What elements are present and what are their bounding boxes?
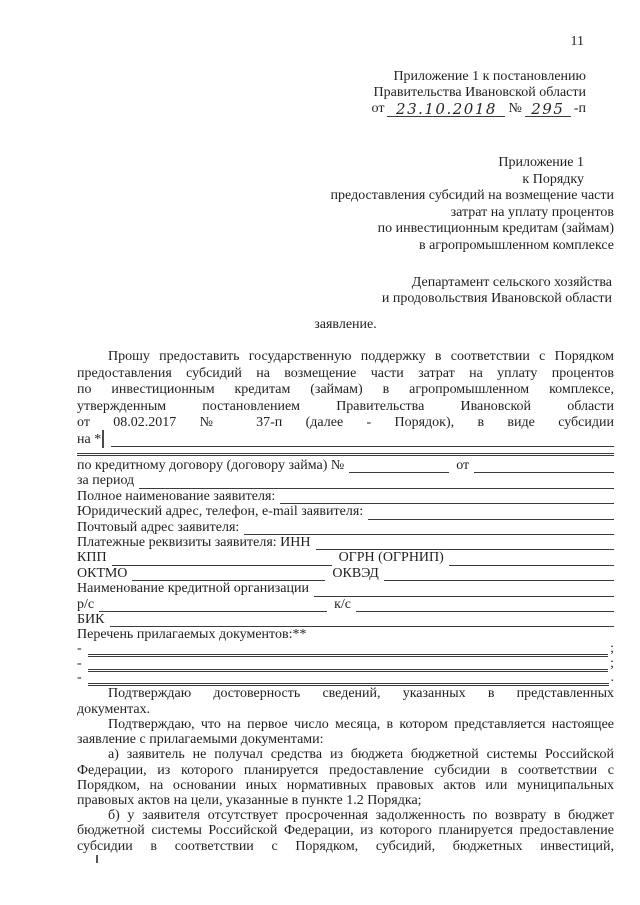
item-a-line1: а) заявитель не получал средства из бюдж… — [77, 747, 614, 762]
kpp-label: КПП — [77, 550, 107, 565]
item-punctuation: ; — [610, 641, 614, 657]
appendix-ref-line1: Приложение 1 к постановлению — [77, 69, 586, 85]
handwritten-number: 295 — [531, 100, 564, 118]
postal-address-blank — [244, 522, 614, 535]
credit-number-blank — [349, 460, 449, 473]
form-row-bank: Наименование кредитной организации — [77, 581, 614, 596]
full-name-blank — [280, 491, 614, 504]
form-row-inn: Платежные реквизиты заявителя: ИНН — [77, 535, 614, 550]
item-punctuation: ; — [610, 656, 614, 672]
handwritten-date: 23.10.2018 — [396, 100, 497, 118]
addressee-block: Департамент сельского хозяйства и продов… — [77, 275, 614, 306]
appendix-title-line4: затрат на уплату процентов — [77, 205, 614, 222]
document-title: заявление. — [77, 317, 614, 333]
request-paragraph: Прошу предоставить государственную подде… — [77, 349, 614, 456]
oktmo-label: ОКТМО — [77, 566, 127, 581]
appendix-title-block: Приложение 1 к Порядку предоставления су… — [77, 155, 614, 254]
confirm2-line1: Подтверждаю, что на первое число месяца,… — [77, 717, 614, 732]
oktmo-blank — [132, 568, 325, 581]
request-line2: предоставления субсидий на возмещение ча… — [77, 366, 614, 383]
credit-date-blank — [474, 460, 614, 473]
from-label: от — [372, 101, 385, 116]
bank-blank — [314, 584, 614, 597]
request-line3: по инвестиционным кредитам (займам) в аг… — [77, 382, 614, 399]
item-b-line3: субсидии в соответствии с Порядком, субс… — [77, 839, 614, 854]
scan-cursor-artifact — [96, 855, 98, 863]
form-row-accounts: р/с к/с — [77, 597, 614, 612]
request-line1: Прошу предоставить государственную подде… — [77, 349, 614, 366]
rs-label: р/с — [77, 597, 94, 612]
confirm1-line1: Подтверждаю достоверность сведений, указ… — [77, 686, 614, 701]
form-row-bik: БИК — [77, 612, 614, 627]
ogrn-blank — [449, 553, 614, 566]
appendix-title-line5: по инвестиционным кредитам (займам) — [77, 221, 614, 238]
inn-label: Платежные реквизиты заявителя: ИНН — [77, 535, 311, 550]
confirmation-paragraphs: Подтверждаю достоверность сведений, указ… — [77, 686, 614, 862]
bik-blank — [110, 614, 615, 627]
number-blank: 295 — [525, 101, 571, 117]
request-line5: от 08.02.2017 № 37-п (далее - Порядок), … — [77, 415, 614, 432]
form-row-period: за период — [77, 473, 614, 488]
subsidy-purpose-blank-line2 — [77, 451, 614, 456]
dash-marker: - — [77, 656, 82, 672]
number-sign: № — [508, 101, 521, 116]
confirm1-line2: документах. — [77, 702, 614, 717]
form-row-full-name: Полное наименование заявителя: — [77, 489, 614, 504]
appendix-ref-line2: Правительства Ивановской области — [77, 85, 586, 101]
appendix-title-line2: к Порядку — [77, 172, 614, 189]
form-row-oktmo-okved: ОКТМО ОКВЭД — [77, 566, 614, 581]
period-label: за период — [77, 473, 134, 488]
attached-doc-item: - . — [77, 672, 614, 687]
item-punctuation: . — [611, 670, 615, 686]
scanned-document-page: 11 Приложение 1 к постановлению Правител… — [0, 0, 640, 863]
form-fields: по кредитному договору (договору займа) … — [77, 458, 614, 686]
attached-doc-blank — [88, 659, 608, 672]
na-label: на * — [77, 432, 101, 449]
subsidy-purpose-blank — [111, 434, 614, 447]
item-a-line3: Порядком, на основании иных нормативных … — [77, 778, 614, 793]
rs-blank — [99, 599, 327, 612]
request-line4: утвержденным постановлением Правительств… — [77, 399, 614, 416]
confirm2-line2: заявление с прилагаемыми документами: — [77, 732, 614, 747]
attached-doc-item: - ; — [77, 643, 614, 658]
appendix-title-line6: в агропромышленном комплексе — [77, 238, 614, 255]
period-blank — [139, 476, 614, 489]
item-a-line4: правовых актов на цели, указанные в пунк… — [77, 793, 614, 808]
item-b-line1: б) у заявителя отсутствует просроченная … — [77, 808, 614, 823]
appendix-title-line3: предоставления субсидий на возмещение ча… — [77, 188, 614, 205]
ks-label: к/с — [334, 597, 351, 612]
dash-marker: - — [77, 641, 82, 657]
legal-address-label: Юридический адрес, телефон, e-mail заяви… — [77, 504, 363, 519]
form-row-kpp-ogrn: КПП ОГРН (ОГРНИП) — [77, 550, 614, 565]
dash-marker: - — [77, 670, 82, 686]
scan-cursor-artifact — [102, 430, 104, 448]
bank-label: Наименование кредитной организации — [77, 581, 309, 596]
appendix-ref-date-line: от23.10.2018№295-п — [77, 101, 586, 117]
inn-blank — [316, 537, 615, 550]
subsidy-purpose-row: на * — [77, 432, 614, 449]
form-row-postal-address: Почтовый адрес заявителя: — [77, 520, 614, 535]
okved-label: ОКВЭД — [332, 566, 378, 581]
number-suffix: -п — [574, 101, 586, 116]
attached-doc-blank — [88, 673, 609, 686]
postal-address-label: Почтовый адрес заявителя: — [77, 520, 239, 535]
form-row-credit-agreement: по кредитному договору (договору займа) … — [77, 458, 614, 473]
appendix-title-line1: Приложение 1 — [77, 155, 614, 172]
attached-docs-header: Перечень прилагаемых документов:** — [77, 627, 614, 642]
attached-doc-item: - ; — [77, 657, 614, 672]
credit-agreement-label: по кредитному договору (договору займа) … — [77, 458, 344, 473]
item-a-line2: Федерации, из которого планируется предо… — [77, 763, 614, 778]
addressee-line1: Департамент сельского хозяйства — [77, 275, 612, 291]
attached-doc-blank — [88, 644, 608, 657]
form-row-legal-address: Юридический адрес, телефон, e-mail заяви… — [77, 504, 614, 519]
item-b-line2: бюджетной системы Российской Федерации, … — [77, 823, 614, 838]
appendix-reference-block: Приложение 1 к постановлению Правительст… — [77, 69, 614, 117]
page-number: 11 — [571, 34, 584, 49]
bik-label: БИК — [77, 612, 105, 627]
legal-address-blank — [368, 507, 614, 520]
ogrn-label: ОГРН (ОГРНИП) — [339, 550, 444, 565]
ks-blank — [356, 599, 614, 612]
kpp-blank — [112, 553, 332, 566]
addressee-line2: и продовольствия Ивановской области — [77, 291, 612, 307]
credit-from-label: от — [456, 458, 469, 473]
date-blank: 23.10.2018 — [387, 101, 505, 117]
okved-blank — [384, 568, 614, 581]
full-name-label: Полное наименование заявителя: — [77, 489, 275, 504]
